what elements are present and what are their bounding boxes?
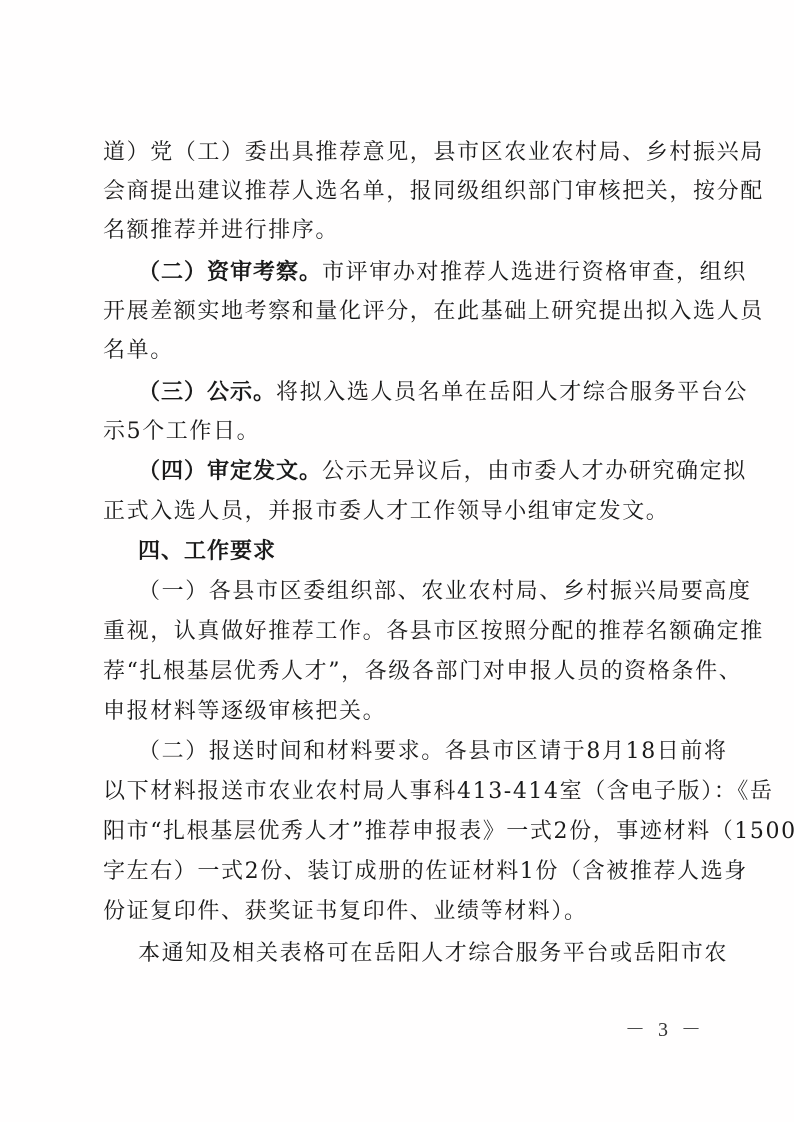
line-text: 本通知及相关表格可在岳阳人才综合服务平台或岳阳市农: [138, 941, 728, 966]
paragraph-line: （四）审定发文。公示无异议后，由市委人才办研究确定拟: [138, 454, 699, 490]
paragraph-line: （三）公示。将拟入选人员名单在岳阳人才综合服务平台公: [138, 375, 699, 411]
paragraph-line: 重视，认真做好推荐工作。各县市区按照分配的推荐名额确定推: [103, 614, 699, 650]
paragraph-line: 申报材料等逐级审核把关。: [103, 694, 699, 730]
paragraph-line: 会商提出建议推荐人选名单，报同级组织部门审核把关，按分配: [103, 174, 699, 210]
subsection-title: （三）公示。: [138, 380, 276, 405]
paragraph-line: 荐“扎根基层优秀人才”，各级各部门对申报人员的资格条件、: [103, 654, 699, 690]
heading-text: 四、工作要求: [138, 539, 276, 564]
line-text: 份证复印件、获奖证书复印件、业绩等材料）。: [103, 899, 588, 924]
section-heading: 四、工作要求: [138, 534, 699, 570]
line-text: 正式入选人员，并报市委人才工作领导小组审定发文。: [103, 499, 669, 524]
subsection-title: （四）审定发文。: [138, 459, 322, 484]
line-text: 名单。: [103, 338, 174, 363]
paragraph-line: 名额推荐并进行排序。: [103, 213, 699, 249]
line-text: 道）党（工）委出具推荐意见，县市区农业农村局、乡村振兴局: [103, 140, 764, 165]
line-text: 阳市“扎根基层优秀人才”推荐申报表》一式2份，事迹材料（1500: [103, 819, 794, 844]
line-text: 以下材料报送市农业农村局人事科413-414室（含电子版）：《岳: [103, 779, 774, 804]
paragraph-line: 示5个工作日。: [103, 414, 699, 450]
line-text: 会商提出建议推荐人选名单，报同级组织部门审核把关，按分配: [103, 179, 764, 204]
line-text: 示5个工作日。: [103, 419, 260, 444]
paragraph-line: （二）报送时间和材料要求。各县市区请于8月18日前将: [138, 734, 699, 770]
page-number: － 3 －: [625, 1013, 705, 1042]
paragraph-line: 开展差额实地考察和量化评分，在此基础上研究提出拟入选人员: [103, 294, 699, 330]
paragraph-line: 以下材料报送市农业农村局人事科413-414室（含电子版）：《岳: [103, 774, 699, 810]
paragraph-line: 份证复印件、获奖证书复印件、业绩等材料）。: [103, 894, 699, 930]
line-text: 市评审办对推荐人选进行资格审查，组织: [322, 260, 747, 285]
document-page: 道）党（工）委出具推荐意见，县市区农业农村局、乡村振兴局 会商提出建议推荐人选名…: [0, 0, 794, 1122]
line-text: 字左右）一式2份、装订成册的佐证材料1份（含被推荐人选身: [103, 859, 748, 884]
line-text: 重视，认真做好推荐工作。各县市区按照分配的推荐名额确定推: [103, 619, 764, 644]
line-text: 公示无异议后，由市委人才办研究确定拟: [322, 459, 747, 484]
line-text: （二）报送时间和材料要求。各县市区请于8月18日前将: [138, 739, 728, 764]
paragraph-line: 道）党（工）委出具推荐意见，县市区农业农村局、乡村振兴局: [103, 135, 699, 171]
line-text: 申报材料等逐级审核把关。: [103, 699, 386, 724]
line-text: 名额推荐并进行排序。: [103, 218, 339, 243]
paragraph-line: 名单。: [103, 333, 699, 369]
paragraph-line: 阳市“扎根基层优秀人才”推荐申报表》一式2份，事迹材料（1500: [103, 814, 699, 850]
paragraph-line: （二）资审考察。市评审办对推荐人选进行资格审查，组织: [138, 255, 699, 291]
paragraph-line: 正式入选人员，并报市委人才工作领导小组审定发文。: [103, 494, 699, 530]
line-text: 荐“扎根基层优秀人才”，各级各部门对申报人员的资格条件、: [103, 659, 742, 684]
paragraph-line: 本通知及相关表格可在岳阳人才综合服务平台或岳阳市农: [138, 936, 699, 972]
line-text: 开展差额实地考察和量化评分，在此基础上研究提出拟入选人员: [103, 299, 764, 324]
paragraph-line: 字左右）一式2份、装订成册的佐证材料1份（含被推荐人选身: [103, 854, 699, 890]
line-text: 将拟入选人员名单在岳阳人才综合服务平台公: [276, 380, 748, 405]
paragraph-line: （一）各县市区委组织部、农业农村局、乡村振兴局要高度: [138, 574, 699, 610]
line-text: （一）各县市区委组织部、农业农村局、乡村振兴局要高度: [138, 579, 752, 604]
subsection-title: （二）资审考察。: [138, 260, 322, 285]
